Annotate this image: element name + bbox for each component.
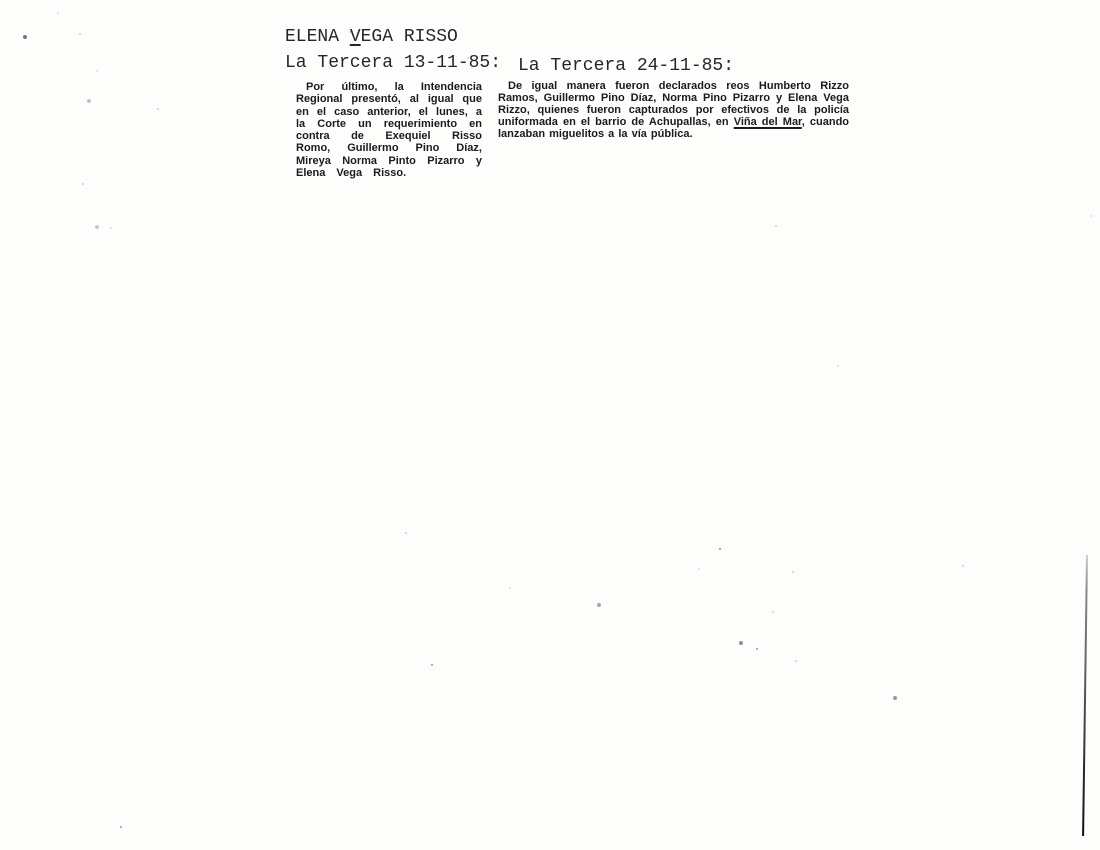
title-post: EGA RISSO [361, 27, 458, 47]
clipping-1-text: Por último, la Intendencia Regional pres… [296, 81, 482, 179]
line-post: , cuando [802, 116, 849, 128]
underlined-place-name: Viña del Mar [734, 116, 802, 128]
text-line: Romo, Guillermo Pino Díaz, [296, 142, 482, 154]
document-title: ELENA VEGA RISSO [285, 27, 458, 49]
text-line: en el caso anterior, el lunes, a [296, 106, 482, 118]
text-line: Mireya Norma Pinto Pizarro y [296, 155, 482, 167]
text-line: Por último, la Intendencia [296, 81, 482, 93]
text-line: lanzaban miguelitos a la vía pública. [498, 129, 849, 141]
text-line: uniformada en el barrio de Achupallas, e… [498, 117, 849, 129]
text-line: Regional presentó, al igual que [296, 93, 482, 105]
title-underlined-letter: V [350, 27, 361, 47]
text-line: contra de Exequiel Risso [296, 130, 482, 142]
scan-noise-specks [0, 0, 2, 2]
clipping-2-source-heading: La Tercera 24-11-85: [518, 56, 734, 78]
title-pre: ELENA [285, 27, 350, 47]
clipping-2-text: De igual manera fueron declarados reos H… [498, 81, 849, 141]
clipping-1-source-heading: La Tercera 13-11-85: [285, 53, 501, 75]
scanned-document-page: ELENA VEGA RISSO La Tercera 13-11-85: La… [0, 0, 1100, 850]
line-pre: uniformada en el barrio de Achupallas, e… [498, 116, 734, 128]
scan-line-artifact [1082, 555, 1088, 836]
text-line: Elena Vega Risso. [296, 167, 482, 179]
text-line: la Corte un requerimiento en [296, 118, 482, 130]
